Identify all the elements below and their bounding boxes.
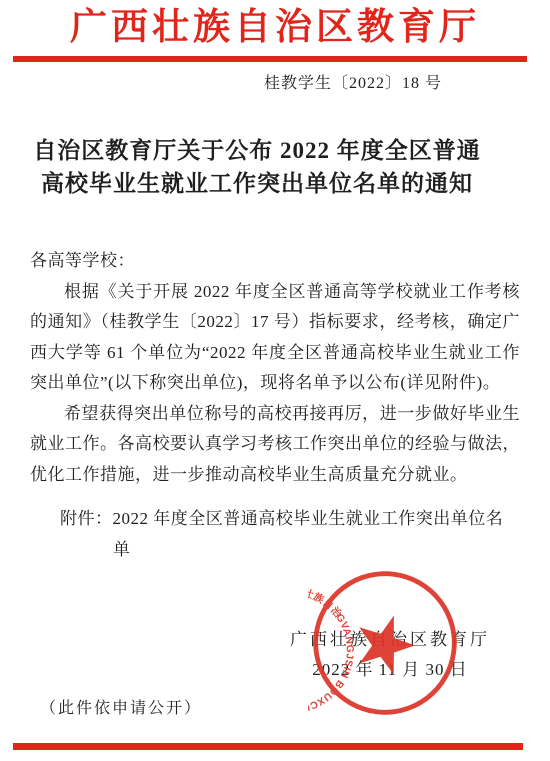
notice-title: 自治区教育厅关于公布 2022 年度全区普通 高校毕业生就业工作突出单位名单的通… <box>0 134 550 200</box>
issue-date: 2022 年 11 月 30 日 <box>230 655 550 685</box>
body-paragraph-2: 希望获得突出单位称号的高校再接再厉，进一步做好毕业生就业工作。各高校要认真学习考… <box>30 399 520 491</box>
notice-title-line1: 自治区教育厅关于公布 2022 年度全区普通 <box>0 134 514 167</box>
attachment-text: 2022 年度全区普通高校毕业生就业工作突出单位名单 <box>113 509 504 559</box>
disclosure-note: （此件依申请公开） <box>40 698 550 720</box>
notice-body: 各高等学校： 根据《关于开展 2022 年度全区普通高等学校就业工作考核的通知》… <box>30 246 520 490</box>
body-paragraph-1: 根据《关于开展 2022 年度全区普通高等学校就业工作考核的通知》（桂教学生〔2… <box>30 277 520 399</box>
header-red-rule <box>13 56 527 62</box>
notice-title-line2: 高校毕业生就业工作突出单位名单的通知 <box>0 167 514 200</box>
signature-block: 广西壮族自治区教育厅 2022 年 11 月 30 日 <box>0 625 550 685</box>
salutation: 各高等学校： <box>30 246 520 277</box>
attachment-label: 附件： <box>60 509 113 528</box>
attachment-line: 附件：2022 年度全区普通高校毕业生就业工作突出单位名单 <box>60 504 520 565</box>
issuing-authority: 广西壮族自治区教育厅 <box>230 625 550 655</box>
footer-red-rule <box>13 743 523 750</box>
letterhead-title: 广西壮族自治区教育厅 <box>0 6 550 50</box>
document-number: 桂教学生〔2022〕18 号 <box>0 74 550 94</box>
